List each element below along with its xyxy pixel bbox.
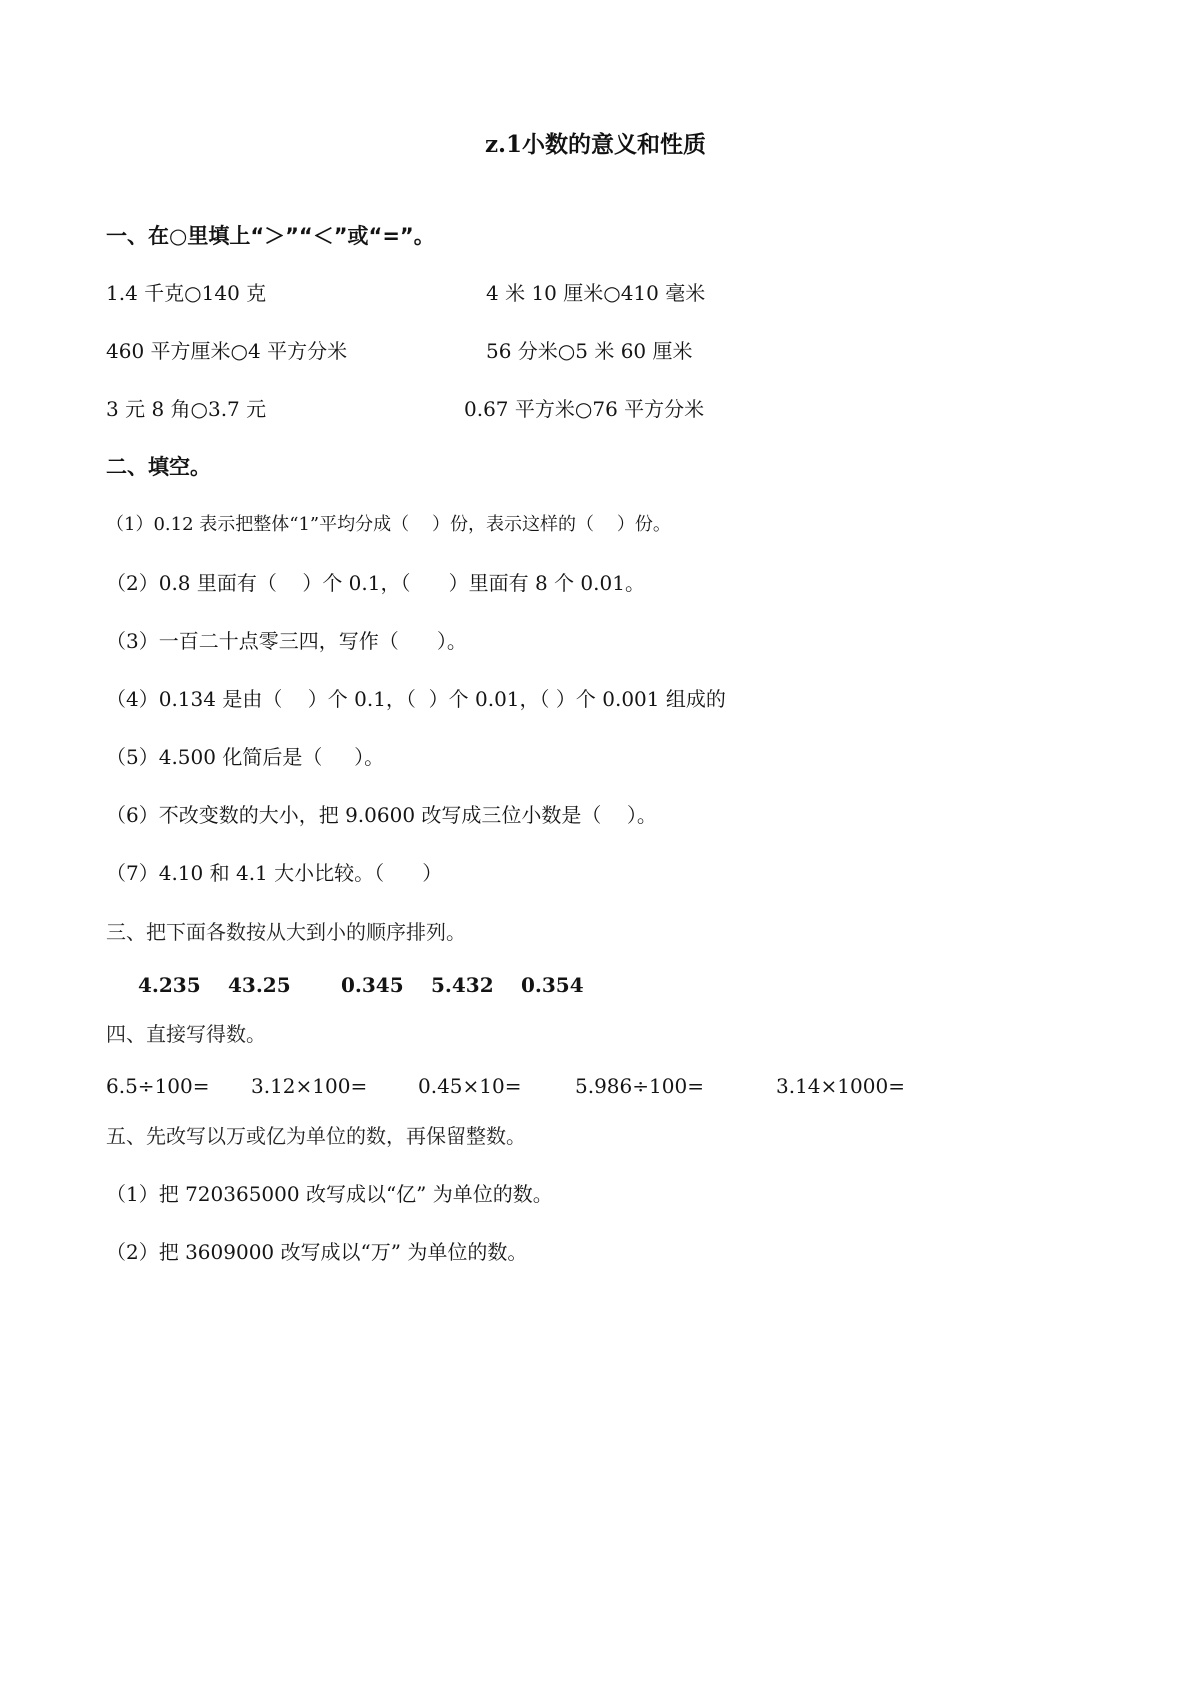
fill-question-5: （5）4.500 化简后是（ ）。	[106, 743, 384, 771]
order-number-2: 43.25	[228, 971, 291, 999]
fill-question-7: （7）4.10 和 4.1 大小比较。（ ）	[106, 859, 442, 887]
compare-item-2-right: 56 分米○5 米 60 厘米	[486, 337, 693, 365]
section-5-heading: 五、先改写以万或亿为单位的数，再保留整数。	[106, 1122, 526, 1150]
order-number-4: 5.432	[431, 971, 494, 999]
compare-item-3-right: 0.67 平方米○76 平方分米	[464, 395, 704, 423]
page-title: z.1小数的意义和性质	[0, 130, 1191, 160]
calc-expression-2: 3.12×100=	[251, 1072, 367, 1100]
calc-expression-1: 6.5÷100=	[106, 1072, 210, 1100]
calc-expression-3: 0.45×10=	[418, 1072, 522, 1100]
calc-expression-5: 3.14×1000=	[776, 1072, 905, 1100]
fill-question-3: （3）一百二十点零三四，写作（ ）。	[106, 627, 467, 655]
section-3-heading: 三、把下面各数按从大到小的顺序排列。	[106, 918, 466, 946]
order-number-3: 0.345	[341, 971, 404, 999]
section-2-heading: 二、填空。	[106, 453, 211, 481]
fill-question-6: （6）不改变数的大小，把 9.0600 改写成三位小数是（ ）。	[106, 801, 657, 829]
fill-question-4: （4）0.134 是由（ ）个 0.1，（ ）个 0.01，（ ）个 0.001…	[106, 685, 726, 713]
compare-item-1-right: 4 米 10 厘米○410 毫米	[486, 279, 705, 307]
rewrite-question-2: （2）把 3609000 改写成以“万” 为单位的数。	[106, 1238, 527, 1266]
rewrite-question-1: （1）把 720365000 改写成以“亿” 为单位的数。	[106, 1180, 553, 1208]
order-number-5: 0.354	[521, 971, 584, 999]
order-number-1: 4.235	[138, 971, 201, 999]
section-4-heading: 四、直接写得数。	[106, 1020, 266, 1048]
fill-question-2: （2）0.8 里面有（ ）个 0.1，（ ）里面有 8 个 0.01。	[106, 569, 645, 597]
section-1-heading: 一、在○里填上“＞”“＜”或“=”。	[106, 222, 435, 250]
fill-question-1: （1）0.12 表示把整体“1”平均分成（ ）份，表示这样的（ ）份。	[106, 511, 671, 539]
compare-item-2-left: 460 平方厘米○4 平方分米	[106, 337, 347, 365]
compare-item-1-left: 1.4 千克○140 克	[106, 279, 266, 307]
calc-expression-4: 5.986÷100=	[575, 1072, 704, 1100]
compare-item-3-left: 3 元 8 角○3.7 元	[106, 395, 266, 423]
